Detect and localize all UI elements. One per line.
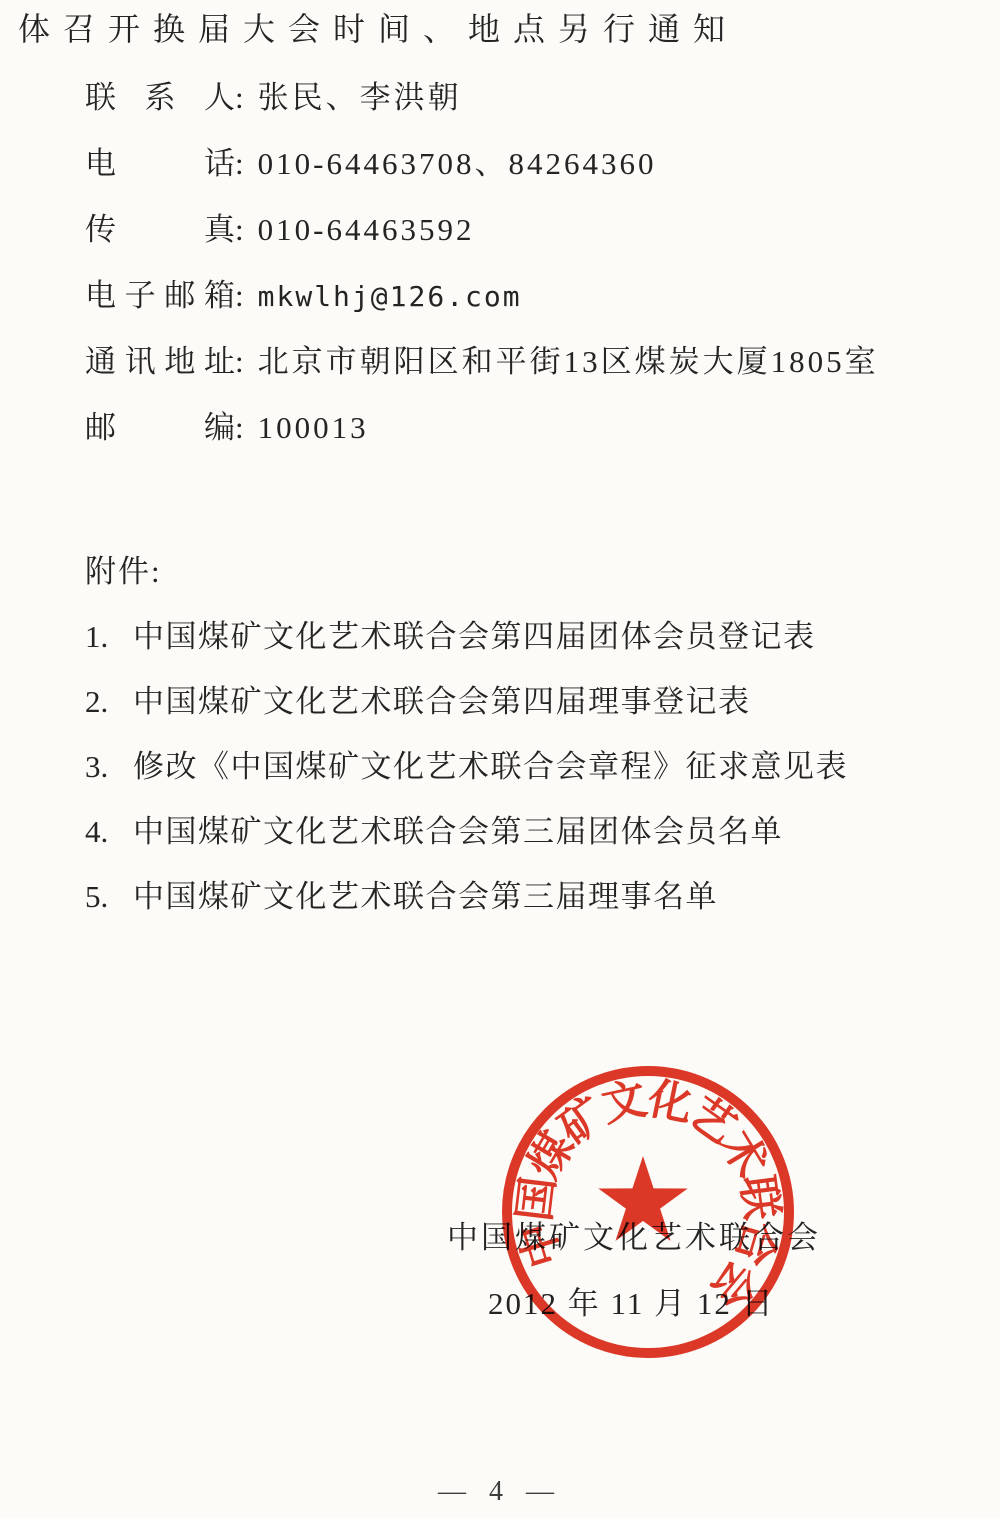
contact-row-phone: 电话:010-64463708、84264360 <box>85 146 656 182</box>
official-seal: 中国煤矿文化艺术联合会 <box>488 1048 812 1372</box>
attachment-title: 中国煤矿文化艺术联合会第四届理事登记表 <box>133 684 751 719</box>
seal-character: 文 <box>598 1074 651 1131</box>
attachment-number: 4. <box>85 814 133 850</box>
contact-colon: : <box>235 410 244 446</box>
contact-label: 邮编 <box>85 410 235 446</box>
contact-label: 联系人 <box>85 80 235 116</box>
seal-character: 矿 <box>550 1089 614 1154</box>
contact-value: 100013 <box>258 410 369 445</box>
attachment-item: 1.中国煤矿文化艺术联合会第四届团体会员登记表 <box>85 611 816 656</box>
attachment-title: 中国煤矿文化艺术联合会第三届理事名单 <box>133 879 718 914</box>
seal-character: 艺 <box>680 1088 744 1153</box>
contact-label: 传真 <box>85 212 235 248</box>
seal-character: 术 <box>712 1123 777 1186</box>
attachment-number: 2. <box>85 684 133 720</box>
contact-value-email: mkwlhj@126.com <box>258 280 522 313</box>
attachment-item: 5.中国煤矿文化艺术联合会第三届理事名单 <box>85 871 718 916</box>
signature-date: 2012 年 11 月 12 日 <box>488 1278 775 1323</box>
contact-row-fax: 传真:010-64463592 <box>85 212 474 248</box>
body-text-line: 体召开换届大会时间、地点另行通知 <box>18 10 738 48</box>
contact-colon: : <box>235 146 244 182</box>
attachment-number: 1. <box>85 619 133 655</box>
attachment-title: 中国煤矿文化艺术联合会第三届团体会员名单 <box>133 814 783 849</box>
contact-value: 010-64463708、84264360 <box>258 146 657 181</box>
contact-colon: : <box>235 212 244 248</box>
page-number: — 4 — <box>0 1476 1000 1508</box>
contact-colon: : <box>235 278 244 314</box>
attachment-number: 3. <box>85 749 133 785</box>
contact-row-email: 电子邮箱:mkwlhj@126.com <box>85 278 522 315</box>
official-seal-graphic: 中国煤矿文化艺术联合会 <box>488 1048 812 1372</box>
seal-character: 化 <box>643 1074 697 1131</box>
attachment-title: 中国煤矿文化艺术联合会第四届团体会员登记表 <box>133 619 816 654</box>
contact-label: 电话 <box>85 146 235 182</box>
contact-value: 北京市朝阳区和平街13区煤炭大厦1805室 <box>258 344 879 379</box>
contact-row-zipcode: 邮编:100013 <box>85 410 369 446</box>
document-page: 体召开换届大会时间、地点另行通知 联系人:张民、李洪朝 电话:010-64463… <box>0 0 1000 1518</box>
contact-label: 电子邮箱 <box>85 278 235 314</box>
contact-value: 010-64463592 <box>258 212 475 247</box>
attachments-heading: 附件: <box>85 546 162 591</box>
attachment-item: 2.中国煤矿文化艺术联合会第四届理事登记表 <box>85 676 751 721</box>
contact-colon: : <box>235 344 244 380</box>
contact-row-address: 通讯地址:北京市朝阳区和平街13区煤炭大厦1805室 <box>85 344 879 380</box>
attachment-title: 修改《中国煤矿文化艺术联合会章程》征求意见表 <box>133 749 848 784</box>
attachment-item: 3.修改《中国煤矿文化艺术联合会章程》征求意见表 <box>85 741 848 786</box>
attachment-number: 5. <box>85 879 133 915</box>
attachment-item: 4.中国煤矿文化艺术联合会第三届团体会员名单 <box>85 806 783 851</box>
contact-colon: : <box>235 80 244 116</box>
seal-character: 煤 <box>519 1124 584 1188</box>
signature-organization: 中国煤矿文化艺术联合会 <box>447 1212 821 1257</box>
contact-value: 张民、李洪朝 <box>258 80 462 115</box>
contact-label: 通讯地址 <box>85 344 235 380</box>
contact-row-person: 联系人:张民、李洪朝 <box>85 80 462 116</box>
